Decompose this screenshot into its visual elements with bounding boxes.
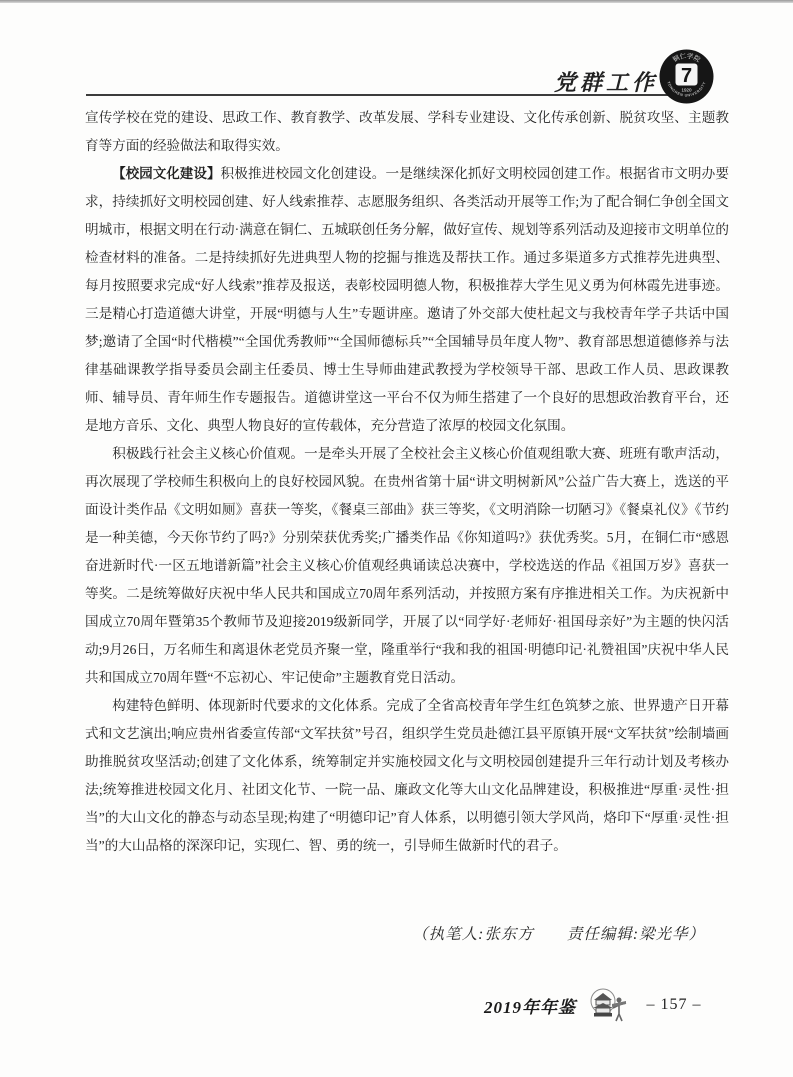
paragraph-text: 积极推进校园文化创建设。一是继续深化抓好文明校园创建工作。根据省市文明办要求，持… xyxy=(85,166,729,433)
paragraph-text: 宣传学校在党的建设、思政工作、教育教学、改革发展、学科专业建设、文化传承创新、脱… xyxy=(85,110,729,153)
page-number: – 157 – xyxy=(638,996,710,1014)
page-footer: 2019年年鉴 – 157 – xyxy=(0,985,710,1025)
article-body: 宣传学校在党的建设、思政工作、教育教学、改革发展、学科专业建设、文化传承创新、脱… xyxy=(85,104,729,860)
section-title: 党群工作 xyxy=(554,66,658,97)
paragraph: 宣传学校在党的建设、思政工作、教育教学、改革发展、学科专业建设、文化传承创新、脱… xyxy=(85,104,729,160)
seal-year: 1920 xyxy=(681,88,692,93)
byline: （执笔人:张东方 责任编辑:梁光华） xyxy=(85,922,705,944)
university-seal-icon: 铜仁学院 7 1920 TONGREN UNIVERSITY xyxy=(659,49,714,104)
paragraph-text: 构建特色鲜明、体现新时代要求的文化体系。完成了全省高校青年学生红色筑梦之旅、世界… xyxy=(85,698,729,853)
entry-heading: 【校园文化建设】 xyxy=(112,166,220,181)
paragraph: 【校园文化建设】积极推进校园文化创建设。一是继续深化抓好文明校园创建工作。根据省… xyxy=(85,160,729,440)
yearbook-label: 2019年年鉴 xyxy=(484,993,576,1018)
yearbook-page: 党群工作 铜仁学院 7 1920 TONGREN UNIVERSITY 宣传学校… xyxy=(0,0,793,1077)
header-rule xyxy=(86,94,700,96)
seal-center-glyph: 7 xyxy=(681,65,692,87)
scan-edge-shadow xyxy=(0,0,793,3)
yearbook-emblem-icon xyxy=(586,986,628,1024)
paragraph: 积极践行社会主义核心价值观。一是牵头开展了全校社会主义核心价值观组歌大赛、班班有… xyxy=(85,440,729,692)
paragraph-text: 积极践行社会主义核心价值观。一是牵头开展了全校社会主义核心价值观组歌大赛、班班有… xyxy=(85,446,729,685)
paragraph: 构建特色鲜明、体现新时代要求的文化体系。完成了全省高校青年学生红色筑梦之旅、世界… xyxy=(85,692,729,860)
